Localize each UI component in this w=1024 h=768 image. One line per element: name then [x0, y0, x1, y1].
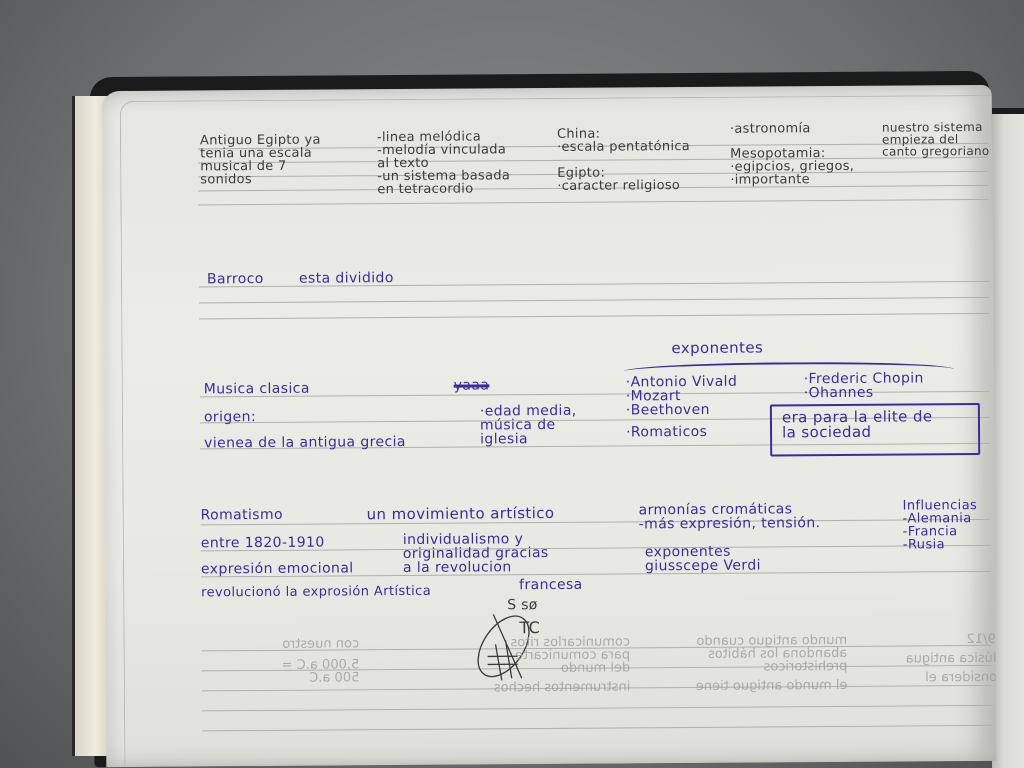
- bleed-through-far-right: 09/12 Música antigua considera el: [905, 633, 996, 685]
- egipto-note: Antiguo Egipto ya tenia una escala music…: [200, 134, 321, 187]
- francesa-text: francesa: [519, 578, 583, 592]
- signature-initials: TC: [519, 620, 540, 636]
- movimiento-artistico: un movimiento artístico: [367, 506, 555, 522]
- romantic-exponentes: exponentes giusscepe Verdi: [645, 545, 761, 574]
- melodia-note: -linea melódica -melodía vinculada al te…: [377, 130, 510, 196]
- elite-note: era para la elite de la sociedad: [782, 409, 933, 440]
- expresion-emocional: expresión emocional: [201, 561, 354, 576]
- origen-label: origen:: [204, 410, 256, 424]
- romanticismo-title: Romatismo: [201, 508, 283, 523]
- edad-media-note: ·edad media, música de iglesia: [480, 404, 577, 447]
- bleed-through-center: comunicarlos ritos para comunicarte del …: [493, 635, 630, 694]
- exponentes-heading: exponentes: [671, 341, 763, 357]
- barroco-text: esta dividido: [299, 271, 394, 286]
- signature-note: S sø: [507, 598, 538, 612]
- romanticismo-dates: entre 1820-1910: [201, 536, 325, 551]
- bleed-through-right: mundo antiguo cuando abandona los hábito…: [695, 634, 847, 693]
- clasica-title: Musica clasica: [204, 382, 310, 397]
- gregoriano-note: nuestro sistema empieza del canto gregor…: [882, 121, 990, 158]
- china-egipto-note: China: ·escala pentatónica Egipto: ·cara…: [557, 127, 690, 193]
- notebook-page: Antiguo Egipto ya tenia una escala music…: [102, 85, 997, 767]
- individualismo-note: individualismo y originalidad gracias a …: [403, 532, 549, 575]
- mesopotamia-note: ·astronomía Mesopotamia: ·egipcios, grie…: [730, 122, 854, 187]
- bleed-through-left: con nuestro 5,000 a.C = 500 a.C: [281, 637, 359, 685]
- barroco-title: Barroco: [207, 272, 264, 286]
- armonias-note: armonías cromáticas -más expresión, tens…: [639, 502, 821, 531]
- scribble: yaaa: [454, 378, 490, 392]
- exponentes-right: ·Frederic Chopin ·Ohannes: [804, 371, 924, 400]
- revoluciono-text: revolucionó la exprosión Artística: [201, 585, 431, 600]
- facing-page: [992, 108, 1024, 768]
- exponentes-left: ·Antonio Vivald ·Mozart ·Beethoven ·Roma…: [626, 375, 738, 440]
- influencias-note: Influencias -Alemania -Francia -Rusia: [903, 499, 978, 552]
- origen-text: vienea de la antigua grecia: [204, 435, 406, 450]
